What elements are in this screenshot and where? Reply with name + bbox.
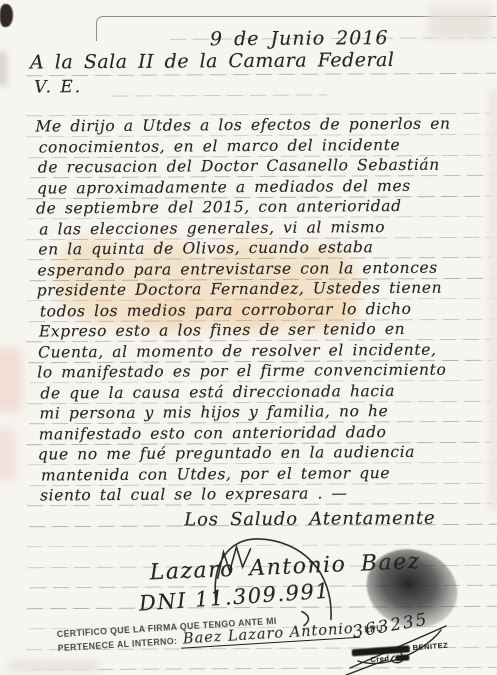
letter-line: manifestado esto con anterioridad dado <box>39 423 387 443</box>
letter-line: Expreso esto a los fines de ser tenido e… <box>39 320 405 341</box>
letter-line: Cuenta, al momento de resolver el incide… <box>38 340 436 361</box>
letter-line: siento tal cual se lo expresara . — <box>40 484 348 504</box>
closing-line: Los Saludo Atentamente <box>184 508 435 531</box>
letter-line: mantenida con Utdes, por el temor que <box>41 464 390 484</box>
scanned-letter-page: 9 de Junio 2016 A la Sala II de la Camar… <box>0 0 497 675</box>
officer-cred-label: Cred. <box>370 654 392 664</box>
letter-line: todos los medios para corroborar lo dich… <box>40 299 412 320</box>
letter-body: Me dirijo a Utdes a los efectos de poner… <box>0 0 495 2</box>
letter-line: de recusacion del Doctor Casanello Sebas… <box>38 156 440 177</box>
letter-line: mi persona y mis hijos y familia, no he <box>39 402 388 422</box>
letter-line: de que la causa está direccionada hacia <box>40 381 395 401</box>
letter-line: presidente Doctora Fernandez, Ustedes ti… <box>37 279 443 300</box>
letter-line: en la quinta de Olivos, cuando estaba <box>38 238 373 258</box>
letter-date: 9 de Junio 2016 <box>210 27 389 50</box>
letter-line: que aproximadamente a mediados del mes <box>37 176 411 197</box>
letter-line: Me dirijo a Utdes a los efectos de poner… <box>35 115 450 136</box>
salutation: V. E. <box>34 77 82 97</box>
addressee-line: A la Sala II de la Camara Federal <box>30 49 395 74</box>
letter-line: de septiembre del 2015, con anterioridad <box>36 197 402 218</box>
letter-line: lo manifestado es por el firme convencim… <box>37 361 446 382</box>
letter-line: a las elecciones generales, vi al mismo <box>39 218 385 238</box>
letter-line: conocimientos, en el marco del incidente <box>39 135 401 156</box>
letter-line: que no me fué preguntado en la audiencia <box>38 443 415 464</box>
letter-line: esperando para entrevistarse con la ento… <box>37 258 437 279</box>
illegible-stamp-number <box>395 654 409 661</box>
